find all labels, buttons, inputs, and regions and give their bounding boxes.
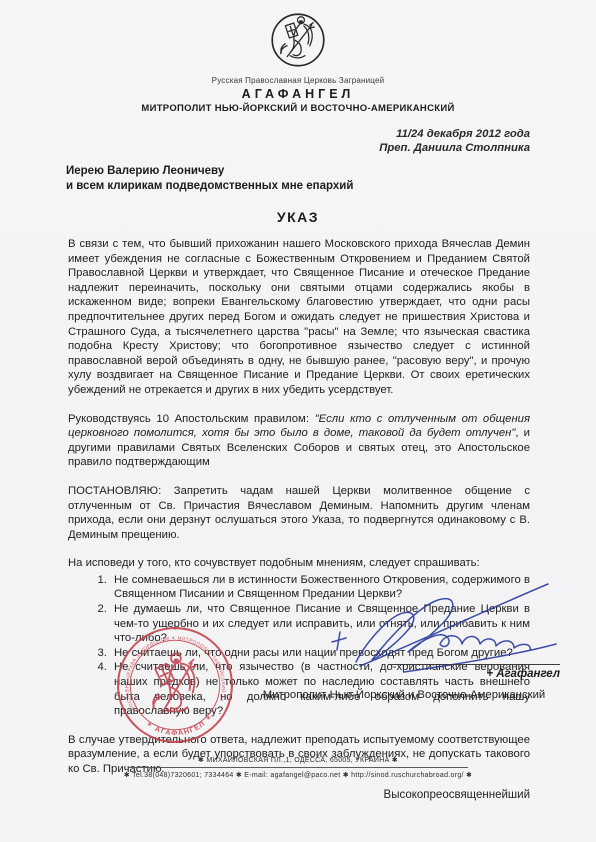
document-title: УКАЗ: [0, 209, 596, 225]
addressee-block: Иерею Валерию Леоничеву и всем клирикам …: [66, 164, 530, 194]
question-item: Не сомневаешься ли в истинности Божестве…: [110, 573, 530, 602]
letterhead: Русская Православная Церковь Заграницей …: [0, 0, 596, 114]
confession-lead: На исповеди у того, кто сочувствует подо…: [68, 556, 530, 571]
footer-divider: [128, 767, 468, 768]
date-block: 11/24 декабря 2012 года Преп. Даниила Ст…: [0, 127, 530, 155]
footer-address: ✱ МИХАЙЛОВСКАЯ ПЛ.,1, ОДЕССА, 65005, УКР…: [0, 756, 596, 764]
church-angel-emblem-icon: [270, 12, 326, 73]
resolution-lead: ПОСТАНОВЛЯЮ:: [68, 485, 161, 497]
rule-prefix: Руководствуясь 10 Апостольским правилом:: [68, 413, 315, 425]
signed-title: Митрополит Нью-Йоркский и Восточно-Амери…: [248, 689, 560, 701]
paragraph-resolution: ПОСТАНОВЛЯЮ: Запретить чадам нашей Церкв…: [68, 484, 530, 542]
addressee-line-1: Иерею Валерию Леоничеву: [66, 164, 530, 179]
official-red-stamp-seal-icon: РУСЬКА ПРАВОСЛАВНА ЦЕРКВА ЗАКОРДОНОМ ✶ М…: [107, 617, 243, 753]
letterhead-footer: ✱ МИХАЙЛОВСКАЯ ПЛ.,1, ОДЕССА, 65005, УКР…: [0, 756, 596, 779]
metropolitan-name: АГАФАНГЕЛ: [0, 87, 596, 101]
scanned-decree-page: Русская Православная Церковь Заграницей …: [0, 0, 596, 842]
svg-text:✶ АГАФАНГЕЛ ✶: ✶ АГАФАНГЕЛ ✶: [144, 712, 217, 741]
signature-rule-line: [388, 664, 560, 665]
date-line: 11/24 декабря 2012 года: [0, 127, 530, 141]
church-name: Русская Православная Церковь Заграницей: [0, 76, 596, 85]
metropolitan-title: МИТРОПОЛИТ НЬЮ-ЙОРКСКИЙ И ВОСТОЧНО-АМЕРИ…: [0, 103, 596, 114]
signature-rank: Высокопреосвященнейший: [0, 789, 530, 801]
footer-contacts: ✱ Tel.38(048)7320601; 7334464 ✱ E-mail: …: [0, 771, 596, 779]
paragraph-apostolic-rule: Руководствуясь 10 Апостольским правилом:…: [68, 412, 530, 470]
stamp-name-text: ✶ АГАФАНГЕЛ ✶: [144, 712, 217, 741]
paragraph-accusations: В связи с тем, что бывший прихожанин наш…: [68, 237, 530, 398]
signed-name: + Агафангел: [388, 668, 560, 680]
feast-day-line: Преп. Даниила Столпника: [0, 141, 530, 155]
addressee-line-2: и всем клирикам подведомственных мне епа…: [66, 179, 530, 194]
